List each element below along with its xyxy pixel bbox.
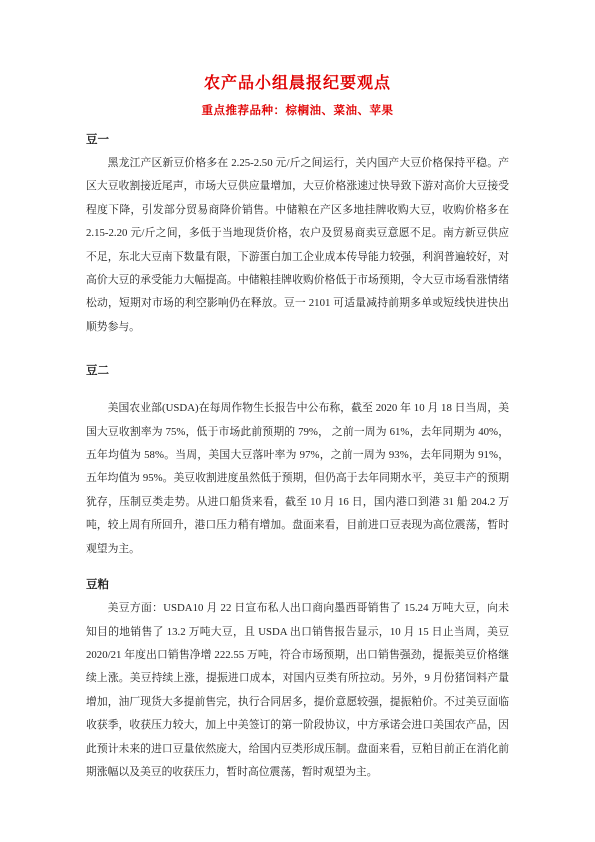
section-body-douer: 美国农业部(USDA)在每周作物生长报告中公布称，截至 2020 年 10 月 … (86, 397, 509, 561)
document-title: 农产品小组晨报纪要观点 (86, 72, 509, 96)
section-douyi: 豆一 黑龙江产区新豆价格多在 2.25-2.50 元/斤之间运行，关内国产大豆价… (86, 130, 509, 339)
document-subtitle: 重点推荐品种：棕榈油、菜油、苹果 (86, 102, 509, 120)
section-heading-doupo: 豆粕 (86, 575, 509, 595)
section-doupo: 豆粕 美豆方面：USDA10 月 22 日宣布私人出口商向墨西哥销售了 15.2… (86, 575, 509, 784)
section-heading-douer: 豆二 (86, 361, 509, 381)
document-page: 农产品小组晨报纪要观点 重点推荐品种：棕榈油、菜油、苹果 豆一 黑龙江产区新豆价… (0, 0, 595, 842)
section-body-douyi: 黑龙江产区新豆价格多在 2.25-2.50 元/斤之间运行，关内国产大豆价格保持… (86, 152, 509, 339)
section-douer: 豆二 美国农业部(USDA)在每周作物生长报告中公布称，截至 2020 年 10… (86, 361, 509, 561)
section-heading-douyi: 豆一 (86, 130, 509, 150)
section-body-doupo: 美豆方面：USDA10 月 22 日宣布私人出口商向墨西哥销售了 15.24 万… (86, 597, 509, 784)
